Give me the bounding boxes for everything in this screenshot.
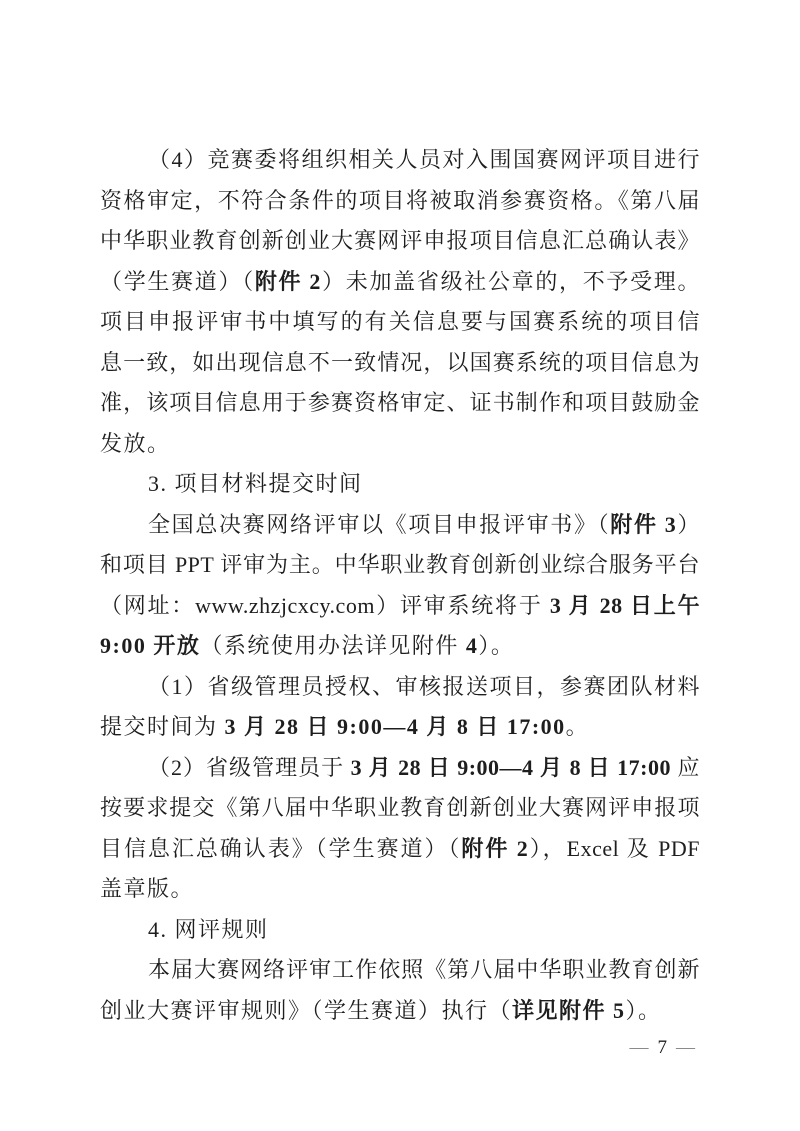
text-line: 资格审定，不符合条件的项目将被取消参赛资格。《第八届: [100, 181, 700, 222]
bold-text-run: 附件 3: [610, 512, 676, 537]
text-line: （学生赛道）（附件 2）未加盖省级社公章的，不予受理。: [100, 262, 700, 303]
text-run: （4）竞赛委将组织相关人员对入围国赛网评项目进行: [148, 147, 700, 172]
text-line: 准，该项目信息用于参赛资格审定、证书制作和项目鼓励金: [100, 383, 700, 424]
page-number-right-dash: —: [676, 1037, 696, 1058]
text-run: 3. 项目材料提交时间: [148, 471, 363, 496]
page-number-left-dash: —: [630, 1037, 650, 1058]
text-line: 目信息汇总确认表》（学生赛道）（附件 2），Excel 及 PDF: [100, 829, 700, 870]
text-run: 本届大赛网络评审工作依照《第八届中华职业教育创新: [148, 957, 700, 982]
text-run: 中华职业教育创新创业大赛网评申报项目信息汇总确认表》: [100, 228, 700, 253]
text-line: 全国总决赛网络评审以《项目申报评审书》（附件 3）: [100, 505, 700, 546]
text-line: （4）竞赛委将组织相关人员对入围国赛网评项目进行: [100, 140, 700, 181]
text-run: 提交时间为: [100, 714, 225, 739]
document-page: （4）竞赛委将组织相关人员对入围国赛网评项目进行资格审定，不符合条件的项目将被取…: [0, 0, 800, 1131]
bold-text-run: 9:00 开放: [100, 633, 200, 658]
text-run: （网址：www.zhzjcxcy.com）评审系统将于: [100, 593, 550, 618]
text-run: 息一致，如出现信息不一致情况，以国赛系统的项目信息为: [100, 350, 700, 375]
text-run: ）未加盖省级社公章的，不予受理。: [321, 269, 700, 294]
text-line: 中华职业教育创新创业大赛网评申报项目信息汇总确认表》: [100, 221, 700, 262]
text-line: （1）省级管理员授权、审核报送项目，参赛团队材料: [100, 667, 700, 708]
text-run: 全国总决赛网络评审以《项目申报评审书》（: [148, 512, 610, 537]
document-body: （4）竞赛委将组织相关人员对入围国赛网评项目进行资格审定，不符合条件的项目将被取…: [100, 140, 700, 1031]
page-number: —7—: [630, 1036, 697, 1060]
text-run: 。: [566, 714, 590, 739]
bold-text-run: 附件 2: [461, 836, 528, 861]
text-line: 项目申报评审书中填写的有关信息要与国赛系统的项目信: [100, 302, 700, 343]
text-run: 创业大赛评审规则》（学生赛道）执行（: [100, 998, 512, 1023]
text-run: （学生赛道）（: [100, 269, 255, 294]
text-line: 创业大赛评审规则》（学生赛道）执行（详见附件 5）。: [100, 991, 700, 1032]
bold-text-run: 详见附件 5: [512, 998, 626, 1023]
text-line: （网址：www.zhzjcxcy.com）评审系统将于 3 月 28 日上午: [100, 586, 700, 627]
bold-text-run: 4: [466, 633, 479, 658]
text-run: ）: [676, 512, 700, 537]
text-line: 提交时间为 3 月 28 日 9:00—4 月 8 日 17:00。: [100, 707, 700, 748]
text-run: 发放。: [100, 431, 171, 456]
text-line: 按要求提交《第八届中华职业教育创新创业大赛网评申报项: [100, 788, 700, 829]
text-line: 4. 网评规则: [100, 910, 700, 951]
bold-text-run: 3 月 28 日 9:00—4 月 8 日 17:00: [225, 714, 566, 739]
text-run: 准，该项目信息用于参赛资格审定、证书制作和项目鼓励金: [100, 390, 700, 415]
bold-text-run: 3 月 28 日上午: [550, 593, 700, 618]
text-line: 和项目 PPT 评审为主。中华职业教育创新创业综合服务平台: [100, 545, 700, 586]
text-run: （2）省级管理员于: [148, 755, 351, 780]
text-line: 9:00 开放（系统使用办法详见附件 4）。: [100, 626, 700, 667]
text-line: 3. 项目材料提交时间: [100, 464, 700, 505]
text-line: 息一致，如出现信息不一致情况，以国赛系统的项目信息为: [100, 343, 700, 384]
text-run: 资格审定，不符合条件的项目将被取消参赛资格。《第八届: [100, 188, 700, 213]
text-run: 4. 网评规则: [148, 917, 269, 942]
text-run: 盖章版。: [100, 876, 194, 901]
bold-text-run: 3 月 28 日 9:00—4 月 8 日 17:00: [351, 755, 671, 780]
text-run: 目信息汇总确认表》（学生赛道）（: [100, 836, 461, 861]
bold-text-run: 附件 2: [255, 269, 321, 294]
text-line: （2）省级管理员于 3 月 28 日 9:00—4 月 8 日 17:00 应: [100, 748, 700, 789]
text-run: ）。: [626, 998, 662, 1023]
page-number-value: 7: [650, 1037, 677, 1058]
text-run: 应: [671, 755, 700, 780]
text-run: ）。: [478, 633, 514, 658]
text-run: ），Excel 及 PDF: [528, 836, 700, 861]
text-line: 发放。: [100, 424, 700, 465]
text-line: 本届大赛网络评审工作依照《第八届中华职业教育创新: [100, 950, 700, 991]
text-run: 按要求提交《第八届中华职业教育创新创业大赛网评申报项: [100, 795, 700, 820]
text-line: 盖章版。: [100, 869, 700, 910]
text-run: （1）省级管理员授权、审核报送项目，参赛团队材料: [148, 674, 700, 699]
text-run: （系统使用办法详见附件: [200, 633, 466, 658]
text-run: 和项目 PPT 评审为主。中华职业教育创新创业综合服务平台: [100, 552, 700, 577]
text-run: 项目申报评审书中填写的有关信息要与国赛系统的项目信: [100, 309, 700, 334]
